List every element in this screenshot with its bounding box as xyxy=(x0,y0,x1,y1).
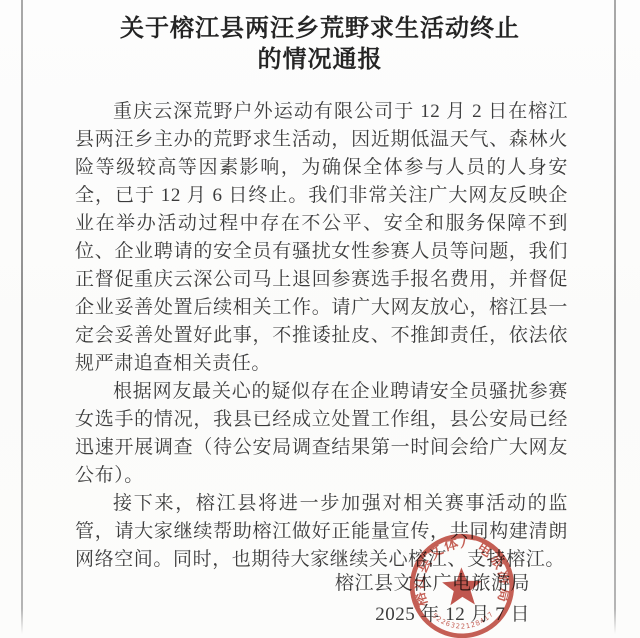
page-edge-line-left xyxy=(21,0,23,634)
notice-paragraph-1: 重庆云深荒野户外运动有限公司于 12 月 2 日在榕江县两汪乡主办的荒野求生活动… xyxy=(75,98,568,378)
notice-paragraph-2: 根据网友最关心的疑似存在企业聘请安全员骚扰参赛女选手的情况，我县已经成立处置工作… xyxy=(75,378,568,490)
notice-title-line2: 的情况通报 xyxy=(258,47,383,73)
notice-title: 关于榕江县两汪乡荒野求生活动终止 的情况通报 xyxy=(40,14,600,76)
notice-title-line1: 关于榕江县两汪乡荒野求生活动终止 xyxy=(120,16,520,42)
official-red-seal: 榕江县文体广电旅游局 5226322128417 xyxy=(405,529,519,638)
star-icon xyxy=(442,567,483,606)
official-notice-document: 关于榕江县两汪乡荒野求生活动终止 的情况通报 重庆云深荒野户外运动有限公司于 1… xyxy=(0,0,640,638)
page-edge-line-right xyxy=(614,0,616,634)
notice-body: 重庆云深荒野户外运动有限公司于 12 月 2 日在榕江县两汪乡主办的荒野求生活动… xyxy=(75,98,568,574)
